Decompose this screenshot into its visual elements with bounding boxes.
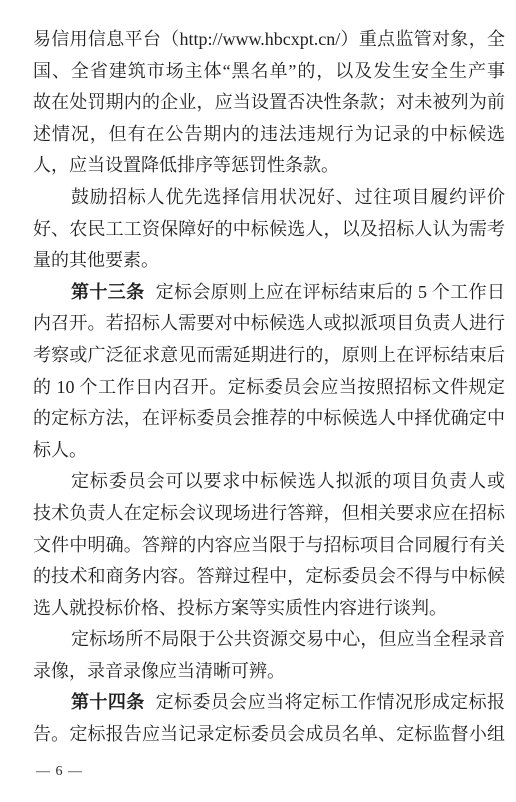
article-heading-line: 第十三条定标会原则上应在评标结束后的 5 个工作日 xyxy=(33,277,505,309)
line-text: 定标委员会可以要求中标候选人拟派的项目负责人或 xyxy=(71,471,505,491)
line-text: 定标场所不局限于公共资源交易中心，但应当全程录音 xyxy=(71,629,505,649)
text-line: 标人。 xyxy=(33,435,505,467)
line-text: 文件中明确。答辩的内容应当限于与招标项目合同履行有关 xyxy=(33,535,505,555)
text-line: 人，应当设置降低排序等惩罚性条款。 xyxy=(33,150,505,182)
text-line: 选人就投标价格、投标方案等实质性内容进行谈判。 xyxy=(33,593,505,625)
line-text: 的 10 个工作日内召开。定标委员会应当按照招标文件规定 xyxy=(33,377,505,397)
text-line: 文件中明确。答辩的内容应当限于与招标项目合同履行有关 xyxy=(33,530,505,562)
document-page: 易信用信息平台（http://www.hbcxpt.cn/）重点监管对象，全国、… xyxy=(0,0,516,802)
line-text: 量的其他要素。 xyxy=(33,250,159,270)
line-text: 国、全省建筑市场主体“黑名单”的，以及发生安全生产事 xyxy=(33,61,505,81)
line-text: 告。定标报告应当记录定标委员会成员名单、定标监督小组 xyxy=(33,724,505,744)
page-number: — 6 — xyxy=(36,762,83,782)
text-line: 定标委员会可以要求中标候选人拟派的项目负责人或 xyxy=(33,466,505,498)
text-line: 量的其他要素。 xyxy=(33,245,505,277)
line-text: 鼓励招标人优先选择信用状况好、过往项目履约评价 xyxy=(71,187,505,207)
line-text: 人，应当设置降低排序等惩罚性条款。 xyxy=(33,155,339,175)
text-line: 定标场所不局限于公共资源交易中心，但应当全程录音 xyxy=(33,624,505,656)
text-line: 故在处罚期内的企业，应当设置否决性条款；对未被列为前 xyxy=(33,87,505,119)
line-text: 定标会原则上应在评标结束后的 5 个工作日 xyxy=(156,282,505,302)
line-text: 的技术和商务内容。答辩过程中，定标委员会不得与中标候 xyxy=(33,566,505,586)
text-line: 告。定标报告应当记录定标委员会成员名单、定标监督小组 xyxy=(33,719,505,751)
text-line: 录像，录音录像应当清晰可辨。 xyxy=(33,656,505,688)
line-text: 的定标方法，在评标委员会推荐的中标候选人中择优确定中 xyxy=(33,408,505,428)
text-line: 内召开。若招标人需要对中标候选人或拟派项目负责人进行 xyxy=(33,308,505,340)
line-text: 内召开。若招标人需要对中标候选人或拟派项目负责人进行 xyxy=(33,313,505,333)
line-text: 定标委员会应当将定标工作情况形成定标报 xyxy=(156,692,505,712)
text-line: 易信用信息平台（http://www.hbcxpt.cn/）重点监管对象，全 xyxy=(33,24,505,56)
article-heading-line: 第十四条定标委员会应当将定标工作情况形成定标报 xyxy=(33,687,505,719)
line-text: 考察或广泛征求意见而需延期进行的，原则上在评标结束后 xyxy=(33,345,505,365)
line-text: 标人。 xyxy=(33,440,87,460)
line-text: 选人就投标价格、投标方案等实质性内容进行谈判。 xyxy=(33,598,447,618)
text-line: 的定标方法，在评标委员会推荐的中标候选人中择优确定中 xyxy=(33,403,505,435)
text-line: 技术负责人在定标会议现场进行答辩，但相关要求应在招标 xyxy=(33,498,505,530)
text-line: 好、农民工工资保障好的中标候选人，以及招标人认为需考 xyxy=(33,214,505,246)
line-text: 录像，录音录像应当清晰可辨。 xyxy=(33,661,285,681)
article-number: 第十三条 xyxy=(71,282,145,302)
text-line: 国、全省建筑市场主体“黑名单”的，以及发生安全生产事 xyxy=(33,56,505,88)
line-text: 故在处罚期内的企业，应当设置否决性条款；对未被列为前 xyxy=(33,92,505,112)
text-line: 的 10 个工作日内召开。定标委员会应当按照招标文件规定 xyxy=(33,372,505,404)
line-text: 易信用信息平台（http://www.hbcxpt.cn/）重点监管对象，全 xyxy=(33,29,505,49)
text-line: 鼓励招标人优先选择信用状况好、过往项目履约评价 xyxy=(33,182,505,214)
line-text: 述情况，但有在公告期内的违法违规行为记录的中标候选 xyxy=(33,124,505,144)
document-body: 易信用信息平台（http://www.hbcxpt.cn/）重点监管对象，全国、… xyxy=(33,24,505,751)
line-text: 好、农民工工资保障好的中标候选人，以及招标人认为需考 xyxy=(33,219,505,239)
text-line: 考察或广泛征求意见而需延期进行的，原则上在评标结束后 xyxy=(33,340,505,372)
text-line: 述情况，但有在公告期内的违法违规行为记录的中标候选 xyxy=(33,119,505,151)
article-number: 第十四条 xyxy=(71,692,145,712)
text-line: 的技术和商务内容。答辩过程中，定标委员会不得与中标候 xyxy=(33,561,505,593)
line-text: 技术负责人在定标会议现场进行答辩，但相关要求应在招标 xyxy=(33,503,505,523)
